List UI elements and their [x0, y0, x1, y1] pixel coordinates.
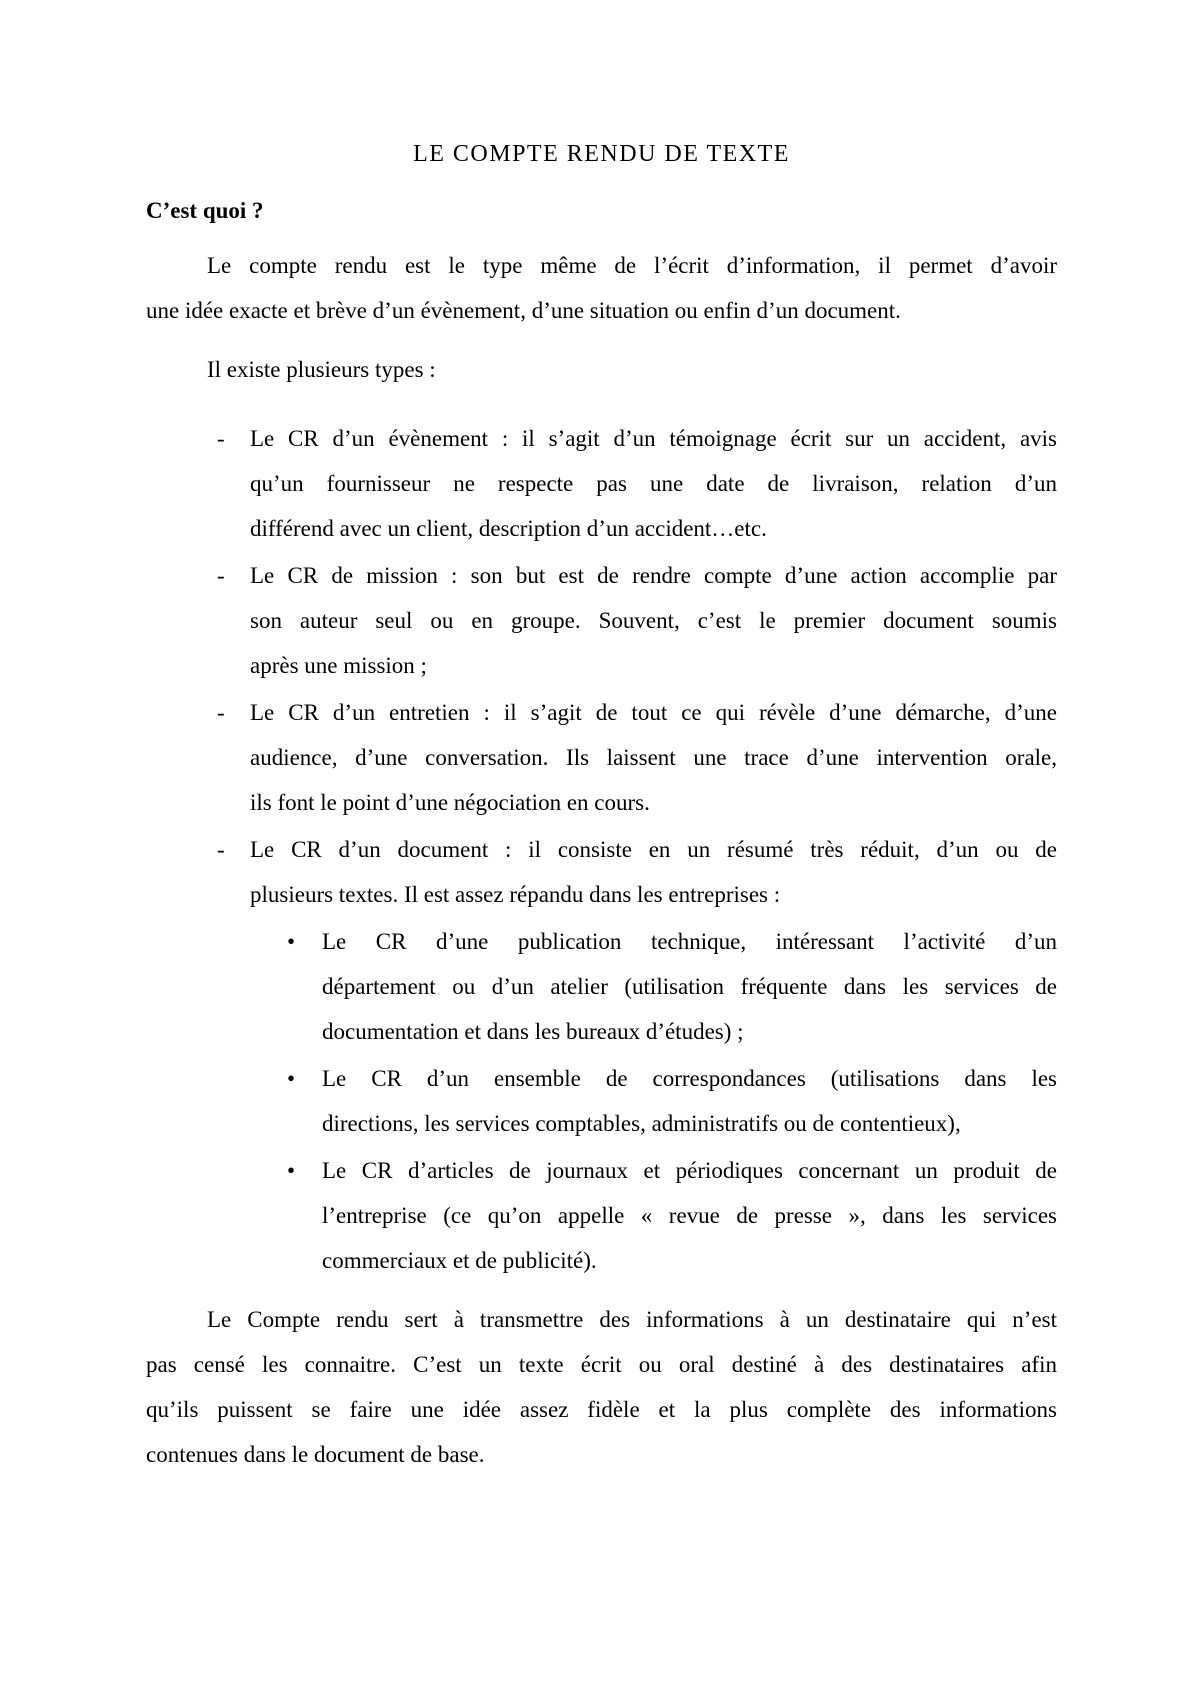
- text-line: après une mission ;: [250, 643, 1057, 688]
- text-line: Le CR d’une publication technique, intér…: [322, 919, 1057, 964]
- text-line: Le CR d’un évènement : il s’agit d’un té…: [250, 416, 1057, 461]
- list-item: - Le CR de mission : son but est de rend…: [146, 553, 1057, 688]
- text-line: Le CR d’un document : il consiste en un …: [250, 827, 1057, 872]
- bullet-marker: •: [287, 919, 295, 964]
- list-item: - Le CR d’un document : il consiste en u…: [146, 827, 1057, 917]
- types-list: - Le CR d’un évènement : il s’agit d’un …: [146, 416, 1057, 1283]
- bullet-marker: •: [287, 1148, 295, 1193]
- paragraph-line: qu’ils puissent se faire une idée assez …: [146, 1387, 1057, 1432]
- sub-list-item: • Le CR d’une publication technique, int…: [146, 919, 1057, 1054]
- dash-marker: -: [217, 416, 225, 461]
- sub-list-item: • Le CR d’articles de journaux et périod…: [146, 1148, 1057, 1283]
- text-line: son auteur seul ou en groupe. Souvent, c…: [250, 598, 1057, 643]
- list-item: - Le CR d’un entretien : il s’agit de to…: [146, 690, 1057, 825]
- text-line: directions, les services comptables, adm…: [322, 1101, 1057, 1146]
- paragraph-line: contenues dans le document de base.: [146, 1432, 1057, 1477]
- text-line: commerciaux et de publicité).: [322, 1238, 1057, 1283]
- document-page: LE COMPTE RENDU DE TEXTE C’est quoi ? Le…: [0, 0, 1200, 1698]
- dash-marker: -: [217, 553, 225, 598]
- text-line: Le CR d’un entretien : il s’agit de tout…: [250, 690, 1057, 735]
- section-heading: C’est quoi ?: [146, 188, 1057, 233]
- types-intro-line: Il existe plusieurs types :: [146, 347, 1057, 392]
- text-line: qu’un fournisseur ne respecte pas une da…: [250, 461, 1057, 506]
- paragraph-line: Le Compte rendu sert à transmettre des i…: [146, 1297, 1057, 1342]
- text-line: plusieurs textes. Il est assez répandu d…: [250, 872, 1057, 917]
- dash-marker: -: [217, 690, 225, 735]
- paragraph-line: Le compte rendu est le type même de l’éc…: [146, 243, 1057, 288]
- document-content: LE COMPTE RENDU DE TEXTE C’est quoi ? Le…: [146, 132, 1057, 1477]
- closing-paragraph: Le Compte rendu sert à transmettre des i…: [146, 1297, 1057, 1477]
- text-line: documentation et dans les bureaux d’étud…: [322, 1009, 1057, 1054]
- sub-list-item: • Le CR d’un ensemble de correspondances…: [146, 1056, 1057, 1146]
- text-line: Le CR d’un ensemble de correspondances (…: [322, 1056, 1057, 1101]
- paragraph-line: pas censé les connaitre. C’est un texte …: [146, 1342, 1057, 1387]
- document-title: LE COMPTE RENDU DE TEXTE: [146, 132, 1057, 177]
- text-line: différend avec un client, description d’…: [250, 506, 1057, 551]
- intro-paragraph: Le compte rendu est le type même de l’éc…: [146, 243, 1057, 333]
- paragraph-line: une idée exacte et brève d’un évènement,…: [146, 288, 1057, 333]
- text-line: Le CR d’articles de journaux et périodiq…: [322, 1148, 1057, 1193]
- bullet-marker: •: [287, 1056, 295, 1101]
- text-line: audience, d’une conversation. Ils laisse…: [250, 735, 1057, 780]
- dash-marker: -: [217, 827, 225, 872]
- text-line: ils font le point d’une négociation en c…: [250, 780, 1057, 825]
- text-line: l’entreprise (ce qu’on appelle « revue d…: [322, 1193, 1057, 1238]
- text-line: Le CR de mission : son but est de rendre…: [250, 553, 1057, 598]
- text-line: département ou d’un atelier (utilisation…: [322, 964, 1057, 1009]
- list-item: - Le CR d’un évènement : il s’agit d’un …: [146, 416, 1057, 551]
